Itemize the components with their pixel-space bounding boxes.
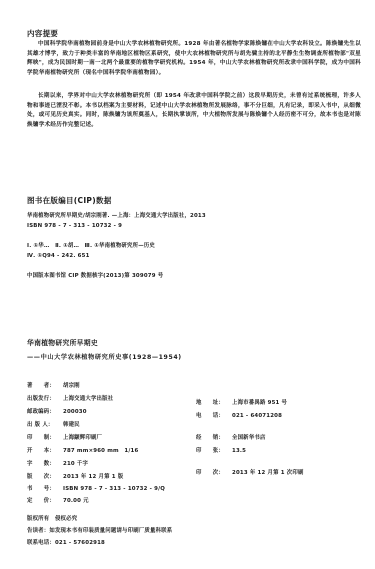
colophon-edition: 版 次：2013 年 12 月第 1 版 (27, 472, 123, 480)
book-subtitle: ——中山大学农林植物研究所史事(1928—1954) (27, 352, 182, 361)
summary-heading: 内容提要 (27, 28, 58, 39)
colophon-address: 地 址：上海市番禺路 951 号 (196, 398, 287, 406)
colophon-word-count: 字 数：210 千字 (27, 459, 88, 467)
cip-line-classification: Ⅳ. ①Q94 - 242. 651 (27, 253, 90, 259)
summary-paragraph-2: 长期以来，学界对中山大学农林植物研究所（即 1954 年改隶中国科学院之前）这段… (27, 92, 361, 130)
reader-notice: 告读者：如发现本书有印装质量问题请与印刷厂质量科联系 (27, 526, 172, 534)
cip-line-record-number: 中国版本图书馆 CIP 数据核字(2013)第 309079 号 (27, 271, 163, 279)
colophon-printer: 印 制：上海颛辉印刷厂 (27, 433, 102, 441)
book-title: 华南植物研究所早期史 (27, 337, 98, 347)
colophon-sheets: 印 张：13.5 (196, 446, 246, 454)
colophon-distributor: 经 销：全国新华书店 (196, 433, 266, 441)
cip-heading: 图书在版编目(CIP)数据 (27, 195, 112, 206)
colophon-format: 开 本：787 mm×960 mm 1/16 (27, 446, 138, 454)
colophon-phone: 电 话：021 - 64071208 (196, 411, 282, 419)
colophon-publisher: 出版发行：上海交通大学出版社 (27, 394, 113, 402)
colophon-publisher-person: 出 版 人：韩建民 (27, 420, 80, 428)
colophon-price: 定 价：70.00 元 (27, 496, 89, 504)
colophon-postcode: 邮政编码：200030 (27, 407, 87, 415)
copyright-notice: 版权所有 侵权必究 (27, 514, 77, 522)
cip-line-isbn: ISBN 978 - 7 - 313 - 10732 - 9 (27, 223, 122, 229)
cip-line-catalog: 华南植物研究所早期史/胡宗刚著. —上海：上海交通大学出版社，2013 (27, 211, 206, 219)
summary-paragraph-1: 中国科学院华南植物园前身是中山大学农林植物研究所。1928 年由著名植物学家陈焕… (27, 40, 361, 78)
colophon-author: 著 者：胡宗刚 (27, 381, 80, 389)
cip-line-subject: Ⅰ. ①华… Ⅱ. ①胡… Ⅲ. ①华南植物研究所—历史 (27, 241, 155, 249)
contact-phone: 联系电话：021 - 57602918 (27, 538, 105, 546)
colophon-isbn: 书 号：ISBN 978 - 7 - 313 - 10732 - 9/Q (27, 484, 165, 492)
colophon-printing: 印 次：2013 年 12 月第 1 次印刷 (196, 468, 304, 476)
